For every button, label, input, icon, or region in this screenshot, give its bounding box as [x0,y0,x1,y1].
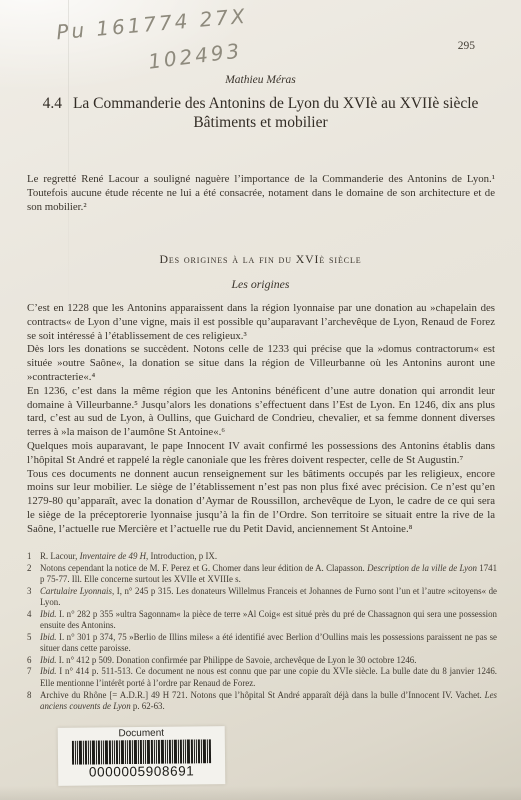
footnote: 6Ibid. I. n° 412 p 509. Donation confirm… [27,655,497,667]
scanned-document-page: Pu 161774 27X 102493 295 Mathieu Méras 4… [0,0,521,800]
footnote-number: 6 [27,655,40,667]
section-number: 4.4 [43,95,62,112]
footnote-text: Ibid. I. n° 282 p 355 »ultra Sagonnam« l… [40,609,497,631]
article-title-text: La Commanderie des Antonins de Lyon du X… [73,95,478,112]
footnote-number: 3 [27,586,40,598]
author-name: Mathieu Méras [0,74,521,86]
footnote-number: 4 [27,609,40,621]
footnote: 5Ibid. I. n° 301 p 374, 75 »Berlio de Il… [27,632,497,655]
body-paragraph: C’est en 1228 que les Antonins apparaiss… [27,302,495,343]
subsection-heading: Les origines [0,277,521,292]
footnote: 4Ibid. I. n° 282 p 355 »ultra Sagonnam« … [27,609,497,632]
page-number: 295 [458,40,475,52]
footnote: 1R. Lacour, Inventaire de 49 H, Introduc… [27,551,497,563]
footnote-text: Ibid. I n° 414 p. 511-513. Ce document n… [40,666,497,688]
barcode-bars-icon [71,739,211,764]
intro-paragraph: Le regretté René Lacour a souligné naguè… [27,172,495,214]
article-title-line1: 4.4La Commanderie des Antonins de Lyon d… [0,94,521,113]
footnote: 8Archive du Rhône [= A.D.R.] 49 H 721. N… [27,690,497,713]
footnote-number: 5 [27,632,40,644]
barcode-label: Document [58,726,225,740]
body-paragraph: En 1236, c’est dans la même région que l… [27,385,495,440]
article-title: 4.4La Commanderie des Antonins de Lyon d… [0,94,521,132]
section-heading: Des origines à la fin du XVIè siècle [0,252,521,267]
body-text: C’est en 1228 que les Antonins apparaiss… [27,302,495,537]
library-barcode-sticker: Document 0 [58,726,226,786]
footnote-text: R. Lacour, Inventaire de 49 H, Introduct… [40,551,217,561]
footnote-text: Archive du Rhône [= A.D.R.] 49 H 721. No… [40,690,497,712]
body-paragraph: Dès lors les donations se succèdent. Not… [27,343,495,384]
footnotes-section: 1R. Lacour, Inventaire de 49 H, Introduc… [27,551,497,713]
footnote: 2Notons cependant la notice de M. F. Per… [27,563,497,586]
footnote-text: Ibid. I. n° 301 p 374, 75 »Berlio de Ill… [40,632,497,654]
footnote: 3Cartulaire Lyonnais, I, n° 245 p 315. L… [27,586,497,609]
footnote-number: 8 [27,690,40,702]
footnote: 7Ibid. I n° 414 p. 511-513. Ce document … [27,666,497,689]
handwritten-shelfmark-line2: 102493 [147,38,244,73]
body-paragraph: Tous ces documents ne donnent aucun rens… [27,468,495,537]
paper-fold-line [68,0,69,320]
footnote-text: Notons cependant la notice de M. F. Pere… [40,563,497,585]
article-title-line2: Bâtiments et mobilier [0,113,521,132]
handwritten-shelfmark-line1: Pu 161774 27X [55,4,248,45]
footnote-number: 7 [27,666,40,678]
footnote-text: Cartulaire Lyonnais, I, n° 245 p 315. Le… [40,586,497,608]
footnote-number: 1 [27,551,40,563]
barcode-number: 0000005908691 [58,763,225,780]
footnote-text: Ibid. I. n° 412 p 509. Donation confirmé… [40,655,416,665]
body-paragraph: Quelques mois auparavant, le pape Innoce… [27,440,495,468]
footnote-number: 2 [27,563,40,575]
